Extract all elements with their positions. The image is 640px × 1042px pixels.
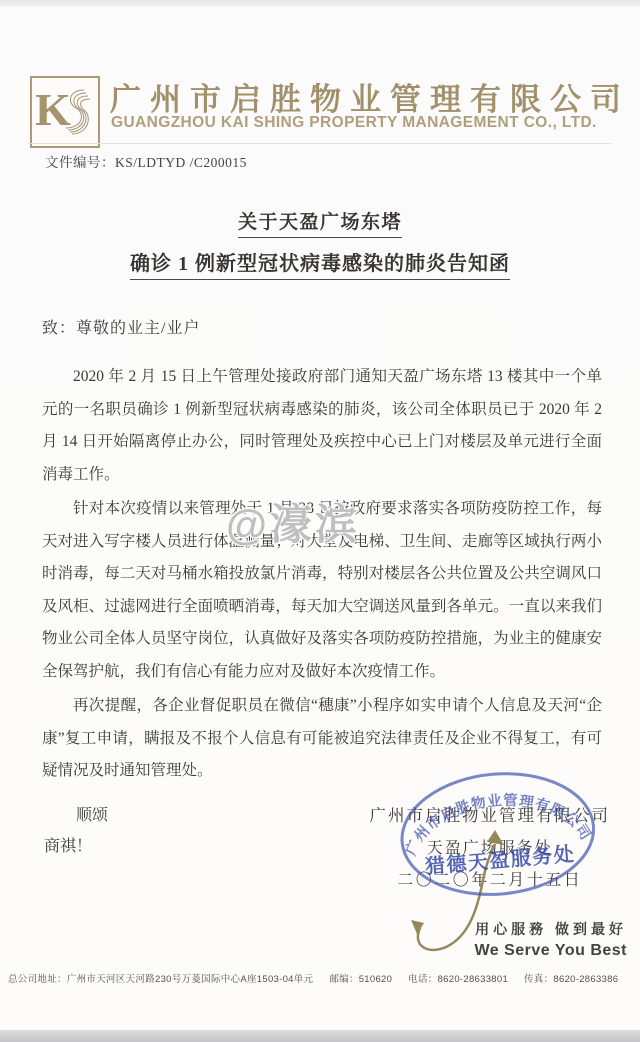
top-gray-strip [0,0,640,7]
footer-fax: 传真：8620-2863386 [524,974,618,985]
company-logo-icon: K [30,76,100,148]
company-name-chinese: 广州市启胜物业管理有限公司 [110,74,610,119]
notice-title-line1: 关于天盈广场东塔 [0,207,640,234]
footer-zip: 邮编：510620 [329,974,392,985]
haobin-watermark: @濠滨 [226,492,360,552]
salutation: 致：尊敬的业主/业户 [42,315,200,338]
file-number: 文件编号：KS/LDTYD /C200015 [45,151,247,171]
notice-title-line2: 确诊 1 例新型冠状病毒感染的肺炎告知函 [0,247,640,276]
bottom-gray-strip [0,1030,640,1042]
header-divider [28,143,612,144]
footer-tel: 电话：8620-28633801 [408,974,508,985]
paragraph-1: 2020 年 2 月 15 日上午管理处接政府部门通知天盈广场东塔 13 楼其中… [42,361,602,491]
svg-text:K: K [35,84,71,135]
footer-address: 总公司地址：广州市天河区天河路230号万菱国际中心A座1503-04单元 [8,974,313,985]
ks-logo-icon: K [32,78,94,142]
stamp-oval-icon: 广州市启胜物业管理有限公司 猎德天盈服务处 [390,759,606,908]
notice-document: K 广州市启胜物业管理有限公司 GUANGZHOU KAI SHING PROP… [0,0,640,1042]
company-stamp: 广州市启胜物业管理有限公司 猎德天盈服务处 [390,759,606,913]
stamp-center-text: 猎德天盈服务处 [423,841,576,878]
footer-contact-line: 总公司地址：广州市天河区天河路230号万菱国际中心A座1503-04单元 邮编：… [8,971,640,985]
company-name-english: GUANGZHOU KAI SHING PROPERTY MANAGEMENT … [111,114,621,132]
